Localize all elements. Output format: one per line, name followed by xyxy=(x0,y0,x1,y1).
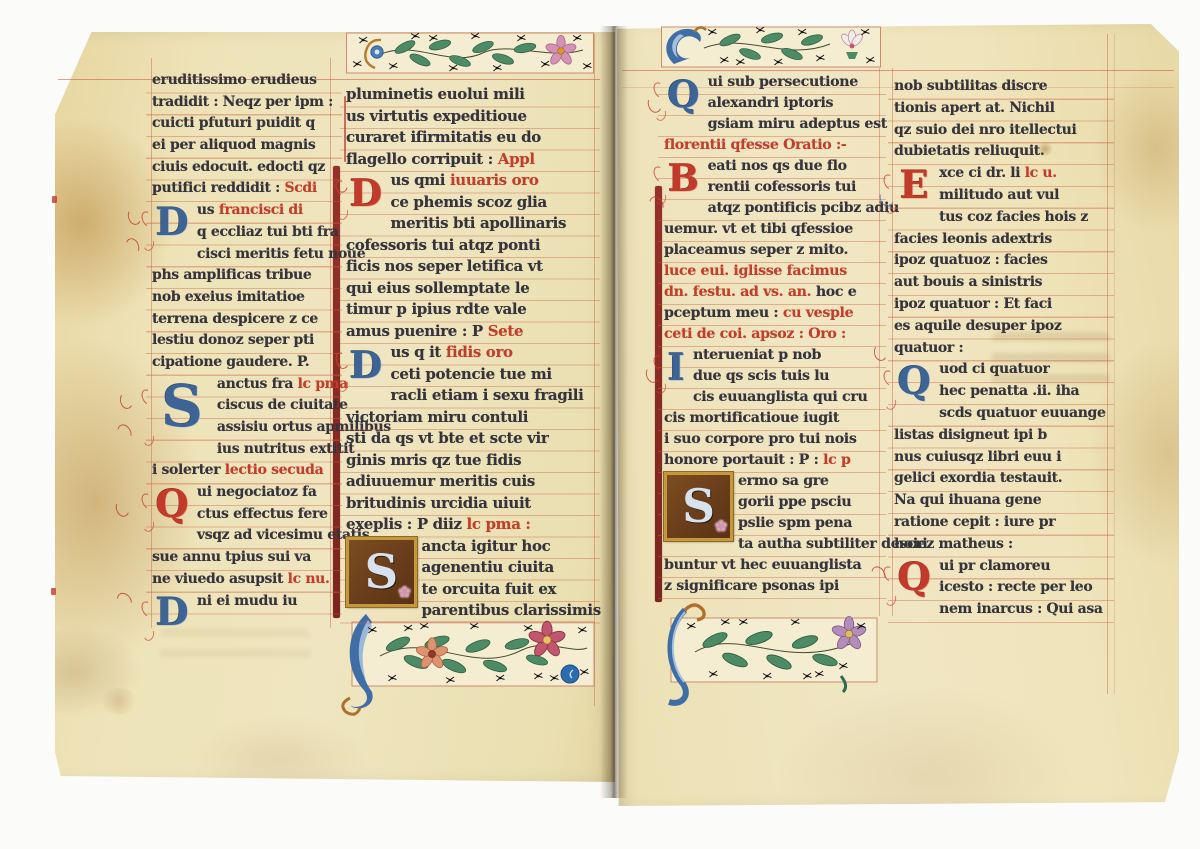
body-text: ui negociatoz fa xyxy=(197,484,317,500)
body-text: icesto : recte per leo xyxy=(939,579,1092,595)
text-line: Quod ci quatuor xyxy=(894,359,1106,381)
text-line: amus puenire : P Sete xyxy=(346,321,592,343)
illuminated-initial-E: E xyxy=(894,164,934,208)
illuminated-initial-D: D xyxy=(152,201,192,244)
rubric-text: lc p xyxy=(823,452,851,468)
text-line: eruditissimo erudieus xyxy=(152,70,334,92)
text-line: phs amplificas tribue xyxy=(152,265,334,287)
body-text: aut bouis a sinistris xyxy=(894,274,1042,290)
text-line: tradidit : Neqz per ipm : xyxy=(152,92,334,114)
illuminated-initial-Q: Q xyxy=(664,73,703,115)
manuscript-scan: eruditissimo erudieustradidit : Neqz per… xyxy=(0,0,1200,849)
illuminated-initial-D: D xyxy=(152,592,192,635)
text-line: nob subtilitas discre xyxy=(894,76,1106,98)
text-line: britudinis urcidia uiuit xyxy=(346,493,592,515)
text-column-left-a: eruditissimo erudieustradidit : Neqz per… xyxy=(152,70,334,613)
text-line: Dus qmi iuuaris oro xyxy=(346,170,592,192)
body-text: ficis nos seper letifica vt xyxy=(346,257,543,275)
body-text: nob subtilitas discre xyxy=(894,78,1047,94)
body-text: scds quatuor euuange xyxy=(939,405,1105,421)
text-line: i suo corpore pro tui nois xyxy=(664,429,878,450)
text-line: scds quatuor euuange xyxy=(894,403,1106,425)
body-text: es aquile desuper ipoz xyxy=(894,318,1062,334)
text-line: placeamus seper z mito. xyxy=(664,240,878,261)
rubric-text: Appl xyxy=(498,150,535,168)
text-line: meritis bti apollinaris xyxy=(346,213,592,235)
body-text: te orcuita fuit ex xyxy=(422,580,557,598)
text-line: qui eius sollemptate le xyxy=(346,278,592,300)
body-text: cis mortificatioue iugit xyxy=(664,410,839,426)
text-line: nem inarcus : Qui asa xyxy=(894,599,1106,621)
text-line: terrena despicere z ce xyxy=(152,309,334,331)
text-line: Dus francisci di xyxy=(152,200,334,222)
text-line: vsqz ad vicesimu etatis xyxy=(152,525,334,547)
text-line: putifici reddidit : Scdi xyxy=(152,178,334,200)
text-line: nob exeius imitatioe xyxy=(152,287,334,309)
illuminated-initial-S: ❀S xyxy=(346,537,417,608)
initial-letter: S xyxy=(682,496,714,517)
body-text: tionis apert at. Nichil xyxy=(894,100,1055,116)
text-line: ius nutritus extitit xyxy=(152,439,334,461)
rubric-text: lc nu. xyxy=(288,571,330,587)
text-line: pluminetis euolui mili xyxy=(346,84,592,106)
blue-berry xyxy=(561,665,579,683)
text-line: Dni ei mudu iu xyxy=(152,591,334,613)
text-line: Beati nos qs due flo xyxy=(664,156,878,177)
body-text: alexandri iptoris xyxy=(708,95,834,111)
text-line: Na qui ihuana gene xyxy=(894,490,1106,512)
body-text: cis euuanglista qui cru xyxy=(693,389,867,405)
rubric-text: Scdi xyxy=(284,180,316,196)
body-text: quatuor : xyxy=(894,340,963,356)
text-line: tionis apert at. Nichil xyxy=(894,98,1106,120)
body-text: cuicti pfuturi puidit q xyxy=(152,115,315,131)
illuminated-initial-D: D xyxy=(346,343,386,386)
text-line: Qui pr clamoreu xyxy=(894,556,1106,578)
body-text: us xyxy=(197,202,219,218)
body-text: ce phemis scoz glia xyxy=(391,193,547,211)
body-text: ius nutritus extitit xyxy=(217,441,354,457)
text-column-left-b: pluminetis euolui milius virtutis expedi… xyxy=(346,84,592,622)
body-text: dubietatis reliuquit. xyxy=(894,143,1044,159)
body-text: nus cuiusqz libri euu i xyxy=(894,449,1061,465)
illuminated-initial-B: B xyxy=(664,157,703,199)
text-line: curaret ifirmitatis eu do xyxy=(346,127,592,149)
body-text: lestiu donoz seper pti xyxy=(152,332,314,348)
text-line: florentii qfesse Oratio :- xyxy=(664,135,878,156)
text-line: lestiu donoz seper pti xyxy=(152,330,334,352)
text-line: ratione cepit : iure pr xyxy=(894,512,1106,534)
body-text: nterueniat p nob xyxy=(693,347,821,363)
body-text: ei per aliquod magnis xyxy=(152,137,315,153)
text-line: sti da qs vt bte et scte vir xyxy=(346,428,592,450)
text-line: ne viuedo asupsit lc nu. xyxy=(152,569,334,591)
text-line: cisci meritis fetu noue xyxy=(152,244,334,266)
rubric-text: lc pma : xyxy=(467,515,531,533)
text-line: Sanctus fra lc pma xyxy=(152,374,334,396)
body-text: timur p ipius rdte vale xyxy=(346,300,526,318)
text-line: cofessoris tui atqz ponti xyxy=(346,235,592,257)
text-line: Exce ci dr. li lc u. xyxy=(894,163,1106,185)
body-text: ni ei mudu iu xyxy=(197,593,297,609)
red-edge-mark xyxy=(52,196,57,203)
text-line: ceti de coi. apsoz : Oro : xyxy=(664,324,878,345)
ruling-line xyxy=(1107,34,1108,694)
body-text: sue annu tpius sui va xyxy=(152,549,311,565)
body-text: tus coz facies hois z xyxy=(939,209,1088,225)
body-text: terrena despicere z ce xyxy=(152,311,318,327)
body-text: anctus fra xyxy=(217,376,298,392)
body-text: ermo sa gre xyxy=(738,473,829,489)
text-line: quatuor : xyxy=(894,338,1106,360)
body-text: us qmi xyxy=(391,171,450,189)
text-line: facies leonis adextris xyxy=(894,229,1106,251)
text-line: flagello corripuit : Appl xyxy=(346,149,592,171)
pen-flourish xyxy=(344,96,346,162)
text-line: luce eui. iglisse facimus xyxy=(664,261,878,282)
body-text: facies leonis adextris xyxy=(894,231,1052,247)
blue-flower xyxy=(371,46,383,58)
text-line: buntur vt hec euuanglista xyxy=(664,555,878,576)
body-text: pluminetis euolui mili xyxy=(346,85,525,103)
text-line: qz suio dei nro itellectui xyxy=(894,120,1106,142)
illuminated-initial-Q: Q xyxy=(894,557,934,601)
body-text: q eccliaz tui bti fra xyxy=(197,224,339,240)
body-text: eruditissimo erudieus xyxy=(152,72,317,88)
text-line: adiuuemur meritis cuis xyxy=(346,471,592,493)
body-text: adiuuemur meritis cuis xyxy=(346,472,535,490)
body-text: qui eius sollemptate le xyxy=(346,279,529,297)
body-text: cisci meritis fetu noue xyxy=(197,246,365,262)
body-text: amus puenire : P xyxy=(346,322,488,340)
body-text: exeplis : P diiz xyxy=(346,515,467,533)
body-text: pceptum meu : xyxy=(664,305,783,321)
red-edge-mark xyxy=(51,588,56,595)
text-line: dn. festu. ad vs. an. hoc e xyxy=(664,282,878,303)
body-text: i suo corpore pro tui nois xyxy=(664,431,856,447)
body-text: victoriam miru contuli xyxy=(346,408,528,426)
body-text: cofessoris tui atqz ponti xyxy=(346,236,540,254)
initial-letter: S xyxy=(365,561,398,583)
body-text: phs amplificas tribue xyxy=(152,267,311,283)
text-line: cis euuanglista qui cru xyxy=(664,387,878,408)
illuminated-initial-S: S xyxy=(152,375,212,440)
body-text: gsiam miru adeptus est xyxy=(708,116,887,132)
flower-ornament-icon: ❀ xyxy=(398,582,410,604)
body-text: ctus effectus fere xyxy=(197,506,328,522)
text-line: cipatione gaudere. P. xyxy=(152,352,334,374)
body-text: uemur. vt et tibi qfessioe xyxy=(664,221,853,237)
body-text: ancta igitur hoc xyxy=(422,537,551,555)
body-text: cipatione gaudere. P. xyxy=(152,354,309,370)
body-text: ratione cepit : iure pr xyxy=(894,514,1055,530)
rubric-text: dn. festu. ad vs. an. xyxy=(664,284,816,300)
body-text: tradidit : Neqz per ipm : xyxy=(152,94,333,110)
body-text: i solerter xyxy=(152,462,225,478)
body-text: atqz pontificis pcibz adiu xyxy=(708,200,899,216)
body-text: gelici exordia testauit. xyxy=(894,470,1062,486)
text-line: ciuis edocuit. edocti qz xyxy=(152,157,334,179)
body-text: uod ci quatuor xyxy=(939,361,1049,377)
text-line: dubietatis reliuquit. xyxy=(894,141,1106,163)
body-text: us q it xyxy=(391,343,446,361)
body-text: ne viuedo asupsit xyxy=(152,571,288,587)
body-text: z significare psonas ipi xyxy=(664,578,839,594)
rubric-text: cu vesple xyxy=(783,305,853,321)
text-line: uemur. vt et tibi qfessioe xyxy=(664,219,878,240)
body-text: pslie spm pena xyxy=(738,515,852,531)
body-text: vsqz ad vicesimu etatis xyxy=(197,527,369,543)
illuminated-initial-D: D xyxy=(346,171,386,214)
floral-border-left-page-bottom xyxy=(332,614,602,714)
body-text: hoiez matheus : xyxy=(894,536,1013,552)
body-text: racli etiam i sexu fragili xyxy=(391,386,584,404)
body-text: ui sub persecutione xyxy=(708,74,858,90)
body-text: ipoz quatuor : Et faci xyxy=(894,296,1052,312)
illuminated-initial-Q: Q xyxy=(894,360,934,404)
text-line: tus coz facies hois z xyxy=(894,207,1106,229)
text-line: ficis nos seper letifica vt xyxy=(346,256,592,278)
body-text: curaret ifirmitatis eu do xyxy=(346,128,541,146)
body-text: honore portauit : P : xyxy=(664,452,823,468)
text-line: gsiam miru adeptus est xyxy=(664,114,878,135)
rubric-text: lectio secuda xyxy=(225,462,324,478)
text-column-right-d: nob subtilitas discretionis apert at. Ni… xyxy=(894,76,1106,621)
text-line: z significare psonas ipi xyxy=(664,576,878,597)
body-text: us virtutis expeditioue xyxy=(346,107,527,125)
text-line: i solerter lectio secuda xyxy=(152,460,334,482)
text-line: listas disigneut ipi b xyxy=(894,425,1106,447)
illuminated-initial-S: ❀S xyxy=(664,472,733,541)
text-line: aut bouis a sinistris xyxy=(894,272,1106,294)
floral-border-right-page-bottom xyxy=(655,606,883,710)
body-text: hoc e xyxy=(816,284,857,300)
text-line: ipoz quatuoz : facies xyxy=(894,250,1106,272)
body-text: xce ci dr. li xyxy=(939,165,1025,181)
text-line: es aquile desuper ipoz xyxy=(894,316,1106,338)
text-line: ei per aliquod magnis xyxy=(152,135,334,157)
rubric-text: ceti de coi. apsoz : Oro : xyxy=(664,326,846,342)
body-text: nem inarcus : Qui asa xyxy=(939,601,1102,617)
body-text: Na qui ihuana gene xyxy=(894,492,1041,508)
body-text: due qs scis tuis lu xyxy=(693,368,829,384)
floral-border-left-page-top xyxy=(345,30,595,76)
text-line: ❀Sermo sa gre xyxy=(664,471,878,492)
body-text: ipoz quatuoz : facies xyxy=(894,252,1048,268)
body-text: ciscus de ciuitate xyxy=(217,397,348,413)
ruling-line xyxy=(1114,34,1115,694)
text-line: us virtutis expeditioue xyxy=(346,106,592,128)
body-text: flagello corripuit : xyxy=(346,150,498,168)
text-line: Interueniat p nob xyxy=(664,345,878,366)
rubric-text: Sete xyxy=(488,322,523,340)
body-text: ui pr clamoreu xyxy=(939,558,1050,574)
text-line: sue annu tpius sui va xyxy=(152,547,334,569)
text-line: cuicti pfuturi puidit q xyxy=(152,113,334,135)
text-line: ❀Sancta igitur hoc xyxy=(346,536,592,558)
rubric-text: lc u. xyxy=(1025,165,1057,181)
text-line: racli etiam i sexu fragili xyxy=(346,385,592,407)
rubric-text: florentii qfesse Oratio :- xyxy=(664,137,846,153)
text-line: hoiez matheus : xyxy=(894,534,1106,556)
illuminated-initial-I: I xyxy=(664,346,688,388)
rubric-text: luce eui. iglisse facimus xyxy=(664,263,847,279)
body-text: buntur vt hec euuanglista xyxy=(664,557,861,573)
body-text: putifici reddidit : xyxy=(152,180,284,196)
text-line: timur p ipius rdte vale xyxy=(346,299,592,321)
text-line: cis mortificatioue iugit xyxy=(664,408,878,429)
body-text: nob exeius imitatioe xyxy=(152,289,305,305)
body-text: britudinis urcidia uiuit xyxy=(346,494,531,512)
body-text: militudo aut vul xyxy=(939,187,1059,203)
text-line: ginis mris qz tue fidis xyxy=(346,450,592,472)
body-text: eati nos qs due flo xyxy=(708,158,847,174)
ruling-line xyxy=(622,70,1174,71)
body-text: ceti potencie tue mi xyxy=(391,365,552,383)
text-line: Qui sub persecutione xyxy=(664,72,878,93)
text-line: nus cuiusqz libri euu i xyxy=(894,447,1106,469)
text-line: Dus q it fidis oro xyxy=(346,342,592,364)
text-line: honore portauit : P : lc p xyxy=(664,450,878,471)
text-line: gelici exordia testauit. xyxy=(894,468,1106,490)
body-text: hec penatta .ii. iha xyxy=(939,383,1079,399)
body-text: agenentiu ciuita xyxy=(422,558,554,576)
body-text: listas disigneut ipi b xyxy=(894,427,1047,443)
illuminated-initial-Q: Q xyxy=(152,483,192,526)
body-text: ciuis edocuit. edocti qz xyxy=(152,159,325,175)
text-line: atqz pontificis pcibz adiu xyxy=(664,198,878,219)
rubric-text: fidis oro xyxy=(446,343,513,361)
rubric-text: iuuaris oro xyxy=(450,171,539,189)
text-column-right-c: Qui sub persecutionealexandri iptorisgsi… xyxy=(664,72,878,597)
text-line: ipoz quatuor : Et faci xyxy=(894,294,1106,316)
body-text: qz suio dei nro itellectui xyxy=(894,122,1076,138)
text-line: pceptum meu : cu vesple xyxy=(664,303,878,324)
text-line: Qui negociatoz fa xyxy=(152,482,334,504)
text-line: exeplis : P diiz lc pma : xyxy=(346,514,592,536)
body-text: meritis bti apollinaris xyxy=(391,214,567,232)
body-text: placeamus seper z mito. xyxy=(664,242,848,258)
rubric-text: francisci di xyxy=(219,202,303,218)
body-text: ginis mris qz tue fidis xyxy=(346,451,521,469)
text-line: victoriam miru contuli xyxy=(346,407,592,429)
floral-border-right-page-top xyxy=(660,24,882,70)
body-text: rentii cofessoris tui xyxy=(708,179,856,195)
body-text: gorii ppe psciu xyxy=(738,494,851,510)
text-line: due qs scis tuis lu xyxy=(664,366,878,387)
body-text: sti da qs vt bte et scte vir xyxy=(346,429,548,447)
flower-ornament-icon: ❀ xyxy=(715,516,727,537)
body-text: parentibus clarissimis xyxy=(422,601,601,619)
